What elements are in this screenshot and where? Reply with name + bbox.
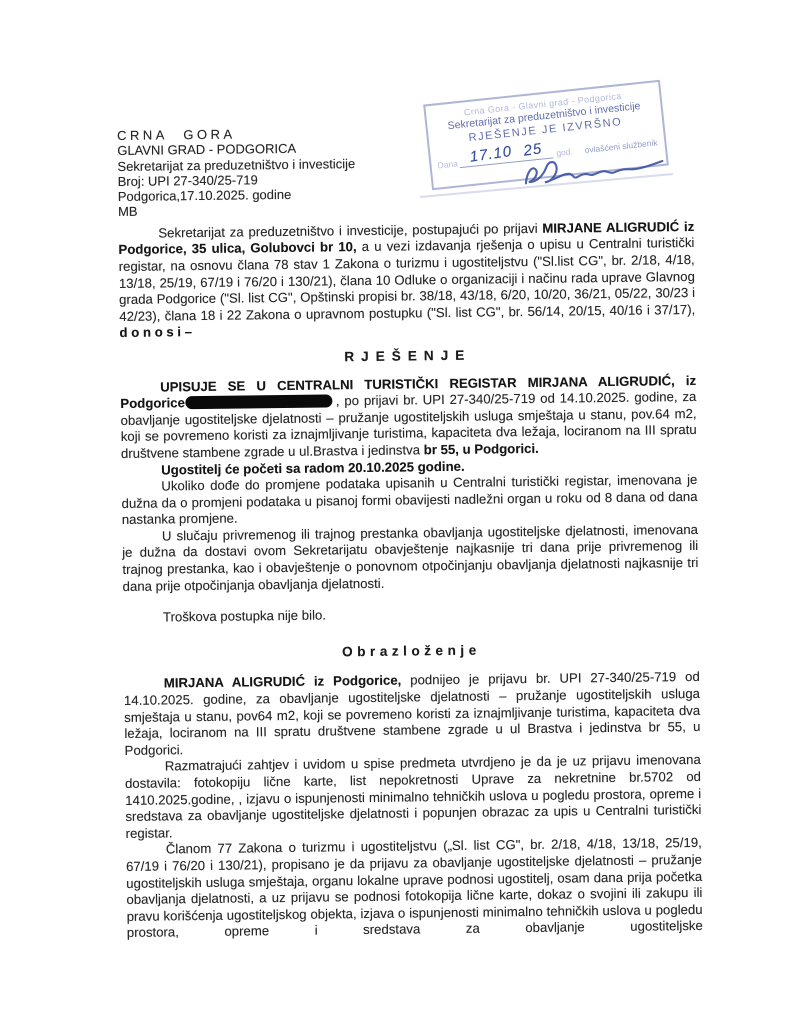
redaction-box	[186, 395, 333, 410]
document-content: CRNA GORA GLAVNI GRAD - PODGORICA Sekret…	[117, 121, 703, 942]
scanned-document-page: Crna Gora - Glavni grad - Podgorica Sekr…	[0, 0, 791, 1024]
resolution-heading: RJEŠENJE	[120, 345, 696, 369]
change-notice-paragraph: Ukoliko dođe do promjene podataka upisan…	[121, 472, 698, 529]
intro-donosi-text: d o n o s i –	[119, 324, 192, 340]
document-body: Sekretarijat za preduzetništvo i investi…	[118, 219, 703, 942]
rationale-application-paragraph: MIRJANA ALIGRUDIĆ iz Podgorice, podnijeo…	[124, 669, 701, 759]
costs-line: Troškova postupka nije bilo.	[123, 603, 699, 627]
enrollment-paragraph: UPISUJE SE U CENTRALNI TURISTIČKI REGIST…	[120, 372, 697, 462]
rationale-heading: Obrazloženje	[123, 640, 699, 664]
intro-paragraph: Sekretarijat za preduzetništvo i investi…	[118, 219, 695, 342]
cessation-notice-paragraph: U slučaju privremenog ili trajnog presta…	[122, 522, 699, 595]
rationale-evidence-paragraph: Razmatrajući zahtjev i uvidom u spise pr…	[125, 752, 702, 842]
enrollment-address-text: br 55, u Podgorici.	[424, 441, 539, 457]
rationale-law-paragraph: Članom 77 Zakona o turizmu i ugostiteljs…	[126, 835, 703, 942]
letterhead: CRNA GORA GLAVNI GRAD - PODGORICA Sekret…	[117, 121, 694, 220]
rationale-applicant-name: MIRJANA ALIGRUDIĆ iz Podgorice,	[164, 673, 402, 691]
